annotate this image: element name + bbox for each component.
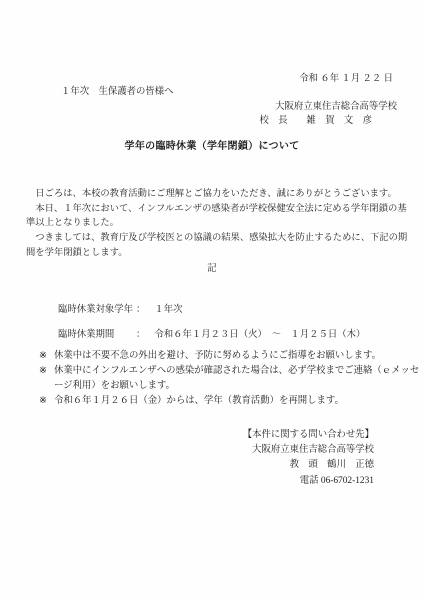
contact-phone: 電話 06-6702-1231 (243, 474, 374, 489)
closure-target-row: 臨時休業対象学年 ： １年次 (58, 301, 183, 315)
body-line: 本日、１年次において、インフルエンザの感染者が学校保健安全法に定める学年閉鎖の基 (26, 202, 407, 217)
closure-period-label: 臨時休業期間 (58, 326, 136, 340)
note-marker: ※ (39, 349, 54, 364)
notes-list: ※ 休業中は不要不急の外出を避け、予防に努めるようにご指導をお願いします。 ※ … (39, 349, 419, 409)
record-heading: 記 (0, 260, 424, 274)
note-line: 休業中は不要不急の外出を避け、予防に努めるようにご指導をお願いします。 (54, 351, 381, 361)
note-marker: ※ (39, 394, 54, 409)
closure-target-value: １年次 (154, 301, 182, 315)
document-title: 学年の臨時休業（学年閉鎖）について (0, 137, 424, 152)
contact-school: 大阪府立東住吉総合高等学校 (243, 443, 374, 458)
contact-person: 教 頭 鶴川 正徳 (243, 458, 374, 473)
addressee-line: １年次 生保護者の皆様へ (61, 83, 174, 97)
note-item: ※ 休業中は不要不急の外出を避け、予防に努めるようにご指導をお願いします。 (39, 349, 419, 364)
closure-target-separator: ： (136, 301, 145, 315)
body-line: 間を学年閉鎖とします。 (26, 246, 407, 261)
date-line: 令和 ６年 １月 ２２ 日 (299, 70, 393, 84)
note-text: 休業中は不要不急の外出を避け、予防に努めるようにご指導をお願いします。 (54, 349, 381, 364)
note-text: 休業中にインフルエンザへの感染が確認された場合は、必ず学校までご連絡（ｅメッセ … (54, 364, 419, 394)
sender-principal-line: 校 長 雑 賀 文 彦 (259, 112, 372, 126)
note-line: 休業中にインフルエンザへの感染が確認された場合は、必ず学校までご連絡（ｅメッセ (54, 366, 419, 376)
note-line: ージ利用）をお願いします。 (54, 381, 175, 391)
contact-block: 【本件に関する問い合わせ先】 大阪府立東住吉総合高等学校 教 頭 鶴川 正徳 電… (243, 428, 374, 489)
body-paragraphs: 日ごろは、本校の教育活動にご理解とご協力をいただき、誠にありがとうございます。 … (26, 187, 407, 261)
closure-period-separator: ： (136, 326, 145, 340)
closure-target-label: 臨時休業対象学年 (58, 301, 136, 315)
closure-period-row: 臨時休業期間 ： 令和６年１月２３日（火） ～ １月２５日（木） (58, 326, 365, 340)
body-line: 準以上となりました。 (26, 216, 407, 231)
closure-period-value: 令和６年１月２３日（火） ～ １月２５日（木） (154, 326, 365, 340)
body-line: 日ごろは、本校の教育活動にご理解とご協力をいただき、誠にありがとうございます。 (26, 187, 407, 202)
note-item: ※ 令和６年１月２６日（金）からは、学年（教育活動）を再開します。 (39, 394, 419, 409)
note-text: 令和６年１月２６日（金）からは、学年（教育活動）を再開します。 (54, 394, 344, 409)
document-page: 令和 ６年 １月 ２２ 日 １年次 生保護者の皆様へ 大阪府立東住吉総合高等学校… (0, 0, 424, 600)
sender-school-line: 大阪府立東住吉総合高等学校 (275, 98, 397, 112)
note-marker: ※ (39, 364, 54, 394)
contact-heading: 【本件に関する問い合わせ先】 (243, 428, 374, 443)
note-line: 令和６年１月２６日（金）からは、学年（教育活動）を再開します。 (54, 396, 344, 406)
note-item: ※ 休業中にインフルエンザへの感染が確認された場合は、必ず学校までご連絡（ｅメッ… (39, 364, 419, 394)
body-line: つきましては、教育庁及び学校医との協議の結果、感染拡大を防止するために、下記の期 (26, 231, 407, 246)
